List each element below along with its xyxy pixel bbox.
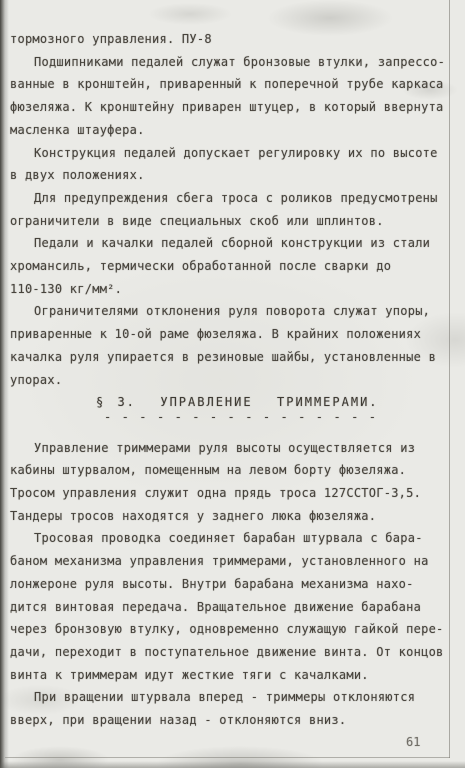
text-line: кабины штурвалом, помещенным на левом бо… [10,459,442,482]
page-frame-right-border [449,0,450,758]
text-line: вверх, при вращении назад - отклоняются … [10,709,442,732]
page-frame-bottom-border [5,757,450,758]
page-number: 61 [406,735,420,749]
text-line: масленка штауфера. [10,119,442,142]
text-line: Тросом управления служит одна прядь трос… [10,482,442,505]
section-heading-underline: - - - - - - - - - - - - - - - - [104,406,442,429]
text-line: фюзеляжа. К кронштейну приварен штуцер, … [10,96,442,119]
text-line: качалка руля упирается в резиновые шайбы… [10,346,442,369]
text-line: упорах. [10,369,442,392]
text-line: ограничители в виде специальных скоб или… [10,210,442,233]
scan-edge-left-shadow [0,0,9,768]
text-line: дачи, переходит в поступательное движени… [10,641,442,664]
text-line: Подшипниками педалей служат бронзовые вт… [10,51,442,74]
text-line: Ограничителями отклонения руля поворота … [10,300,442,323]
text-line: в двух положениях. [10,164,442,187]
scan-edge-bottom-shadow [0,761,465,768]
text-line: 110-130 кг/мм². [10,278,442,301]
text-line: Управление триммерами руля высоты осущес… [10,437,442,460]
text-line: Конструкция педалей допускает регулировк… [10,142,442,165]
document-text: тормозного управления. ПУ-8Подшипниками … [10,28,442,732]
text-line: лонжероне руля высоты. Внутри барабана м… [10,573,442,596]
text-line: винта к триммерам идут жесткие тяги с ка… [10,664,442,687]
text-line: При вращении штурвала вперед - триммеры … [10,686,442,709]
text-line: хромансиль, термически обработанной посл… [10,255,442,278]
text-line: через бронзовую втулку, одновременно слу… [10,618,442,641]
text-line: тормозного управления. ПУ-8 [10,28,442,51]
text-line: баном механизма управления триммерами, у… [10,550,442,573]
text-line: Для предупреждения сбега троса с роликов… [10,187,442,210]
text-line: Тросовая проводка соединяет барабан штур… [10,527,442,550]
text-line: приваренные к 10-ой раме фюзеляжа. В кра… [10,323,442,346]
text-line: дится винтовая передача. Вращательное дв… [10,596,442,619]
text-line: Тандеры тросов находятся у заднего люка … [10,505,442,528]
scanned-document-page: тормозного управления. ПУ-8Подшипниками … [0,0,465,768]
text-line: Педали и качалки педалей сборной констру… [10,232,442,255]
text-line: ванные в кронштейн, приваренный к попере… [10,73,442,96]
